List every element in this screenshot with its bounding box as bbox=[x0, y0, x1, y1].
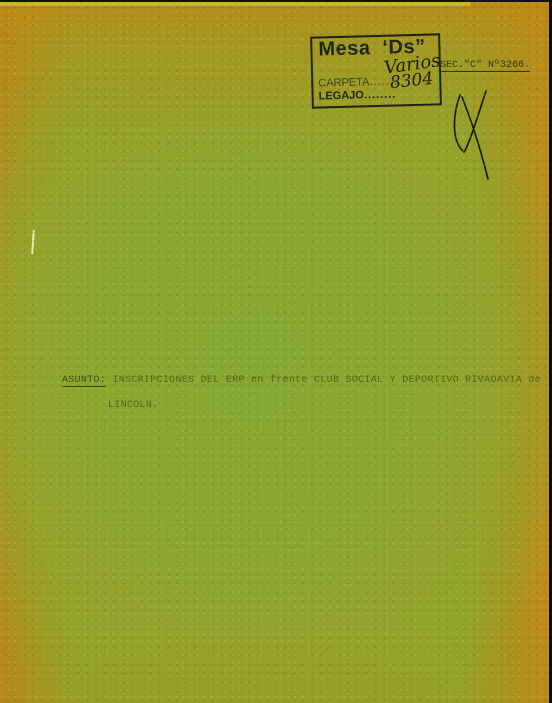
section-reference: SEC."C" Nº3266. bbox=[440, 60, 530, 72]
carpeta-label: CARPETA bbox=[318, 76, 369, 89]
subject-text-line1: INSCRIPCIONES DEL ERP en frente CLUB SOC… bbox=[112, 375, 540, 386]
legajo-label: LEGAJO bbox=[318, 89, 364, 102]
top-edge bbox=[0, 2, 470, 6]
stamp-mesa-text: Mesa bbox=[318, 37, 371, 60]
folder-cover-page: Mesa‘Ds” CARPETA........ LEGAJO........ … bbox=[0, 2, 549, 703]
subject-line: ASUNTO: INSCRIPCIONES DEL ERP en frente … bbox=[62, 375, 541, 386]
subject-text-line2: LINCOLN. bbox=[108, 400, 158, 411]
subject-label: ASUNTO: bbox=[62, 375, 106, 387]
check-mark-icon bbox=[450, 87, 495, 182]
stamp-legajo-row: LEGAJO........ bbox=[318, 88, 396, 102]
paper-scratch bbox=[31, 230, 35, 254]
